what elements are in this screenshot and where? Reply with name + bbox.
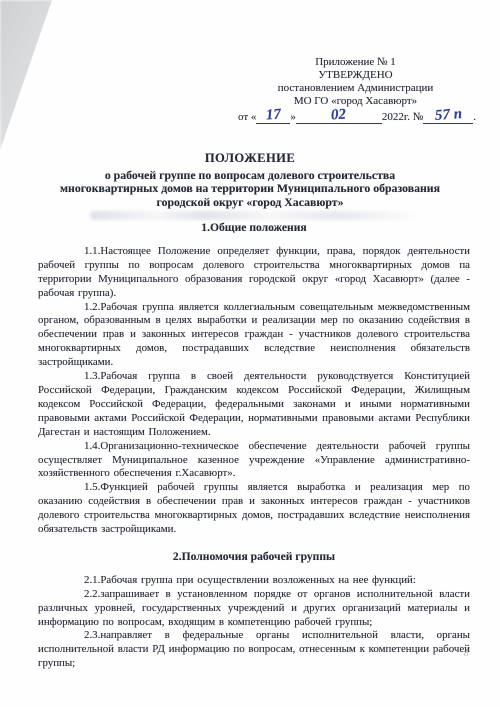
number-blank: 57 п bbox=[423, 111, 473, 124]
handwritten-day: 17 bbox=[266, 109, 282, 120]
document-title-block: ПОЛОЖЕНИЕ о рабочей группе по вопросам д… bbox=[20, 151, 480, 209]
paragraph-2-1: 2.1.Рабочая группа при осуществлении воз… bbox=[38, 574, 470, 588]
title-line-4: городской округ «город Хасавюрт» bbox=[20, 196, 480, 209]
paragraph-1-2: 1.2.Рабочая группа является коллегиальны… bbox=[38, 301, 470, 371]
month-blank: 02 bbox=[296, 111, 382, 124]
annex-number-line: Приложение № 1 bbox=[238, 56, 473, 69]
pencil-mark: 8 bbox=[463, 648, 471, 659]
paragraph-1-3: 1.3.Рабочая группа в своей деятельности … bbox=[38, 370, 470, 440]
paragraph-1-1: 1.1.Настоящее Положение определяет функц… bbox=[38, 245, 470, 301]
section-2-heading: 2.Полномочия рабочей группы bbox=[38, 550, 470, 564]
section-1-heading: 1.Общие положения bbox=[38, 221, 470, 235]
title-line-3: многоквартирных домов на территории Муни… bbox=[20, 182, 480, 195]
paragraph-1-4: 1.4.Организационно-техническое обеспечен… bbox=[38, 440, 470, 482]
approved-by-line: постановлением Администрации bbox=[238, 82, 473, 95]
handwritten-month: 02 bbox=[331, 109, 347, 120]
paragraph-1-5: 1.5.Функцией рабочей группы является выр… bbox=[38, 481, 470, 537]
document-body: 1.Общие положения 1.1.Настоящее Положени… bbox=[38, 221, 470, 671]
approved-label: УТВЕРЖДЕНО bbox=[238, 69, 473, 82]
date-number-line: от «17»022022г. №57 п. bbox=[238, 111, 473, 124]
scanned-document-page: Приложение № 1 УТВЕРЖДЕНО постановлением… bbox=[0, 0, 500, 707]
title-word: ПОЛОЖЕНИЕ bbox=[20, 151, 480, 166]
year-and-number-label: 2022г. № bbox=[382, 111, 423, 123]
approval-stamp-block: Приложение № 1 УТВЕРЖДЕНО постановлением… bbox=[238, 56, 473, 124]
scan-edge-shadow bbox=[0, 0, 70, 170]
paragraph-2-2: 2.2.запрашивает в установленном порядке … bbox=[38, 588, 470, 630]
date-suffix: . bbox=[473, 111, 476, 123]
paragraph-2-3: 2.3.направляет в федеральные органы испо… bbox=[38, 629, 470, 671]
handwritten-number: 57 п bbox=[434, 109, 462, 121]
bleedthrough-ghost-line bbox=[90, 211, 420, 220]
day-blank: 17 bbox=[256, 111, 290, 124]
title-line-2: о рабочей группе по вопросам долевого ст… bbox=[20, 169, 480, 182]
date-prefix: от « bbox=[238, 111, 256, 123]
